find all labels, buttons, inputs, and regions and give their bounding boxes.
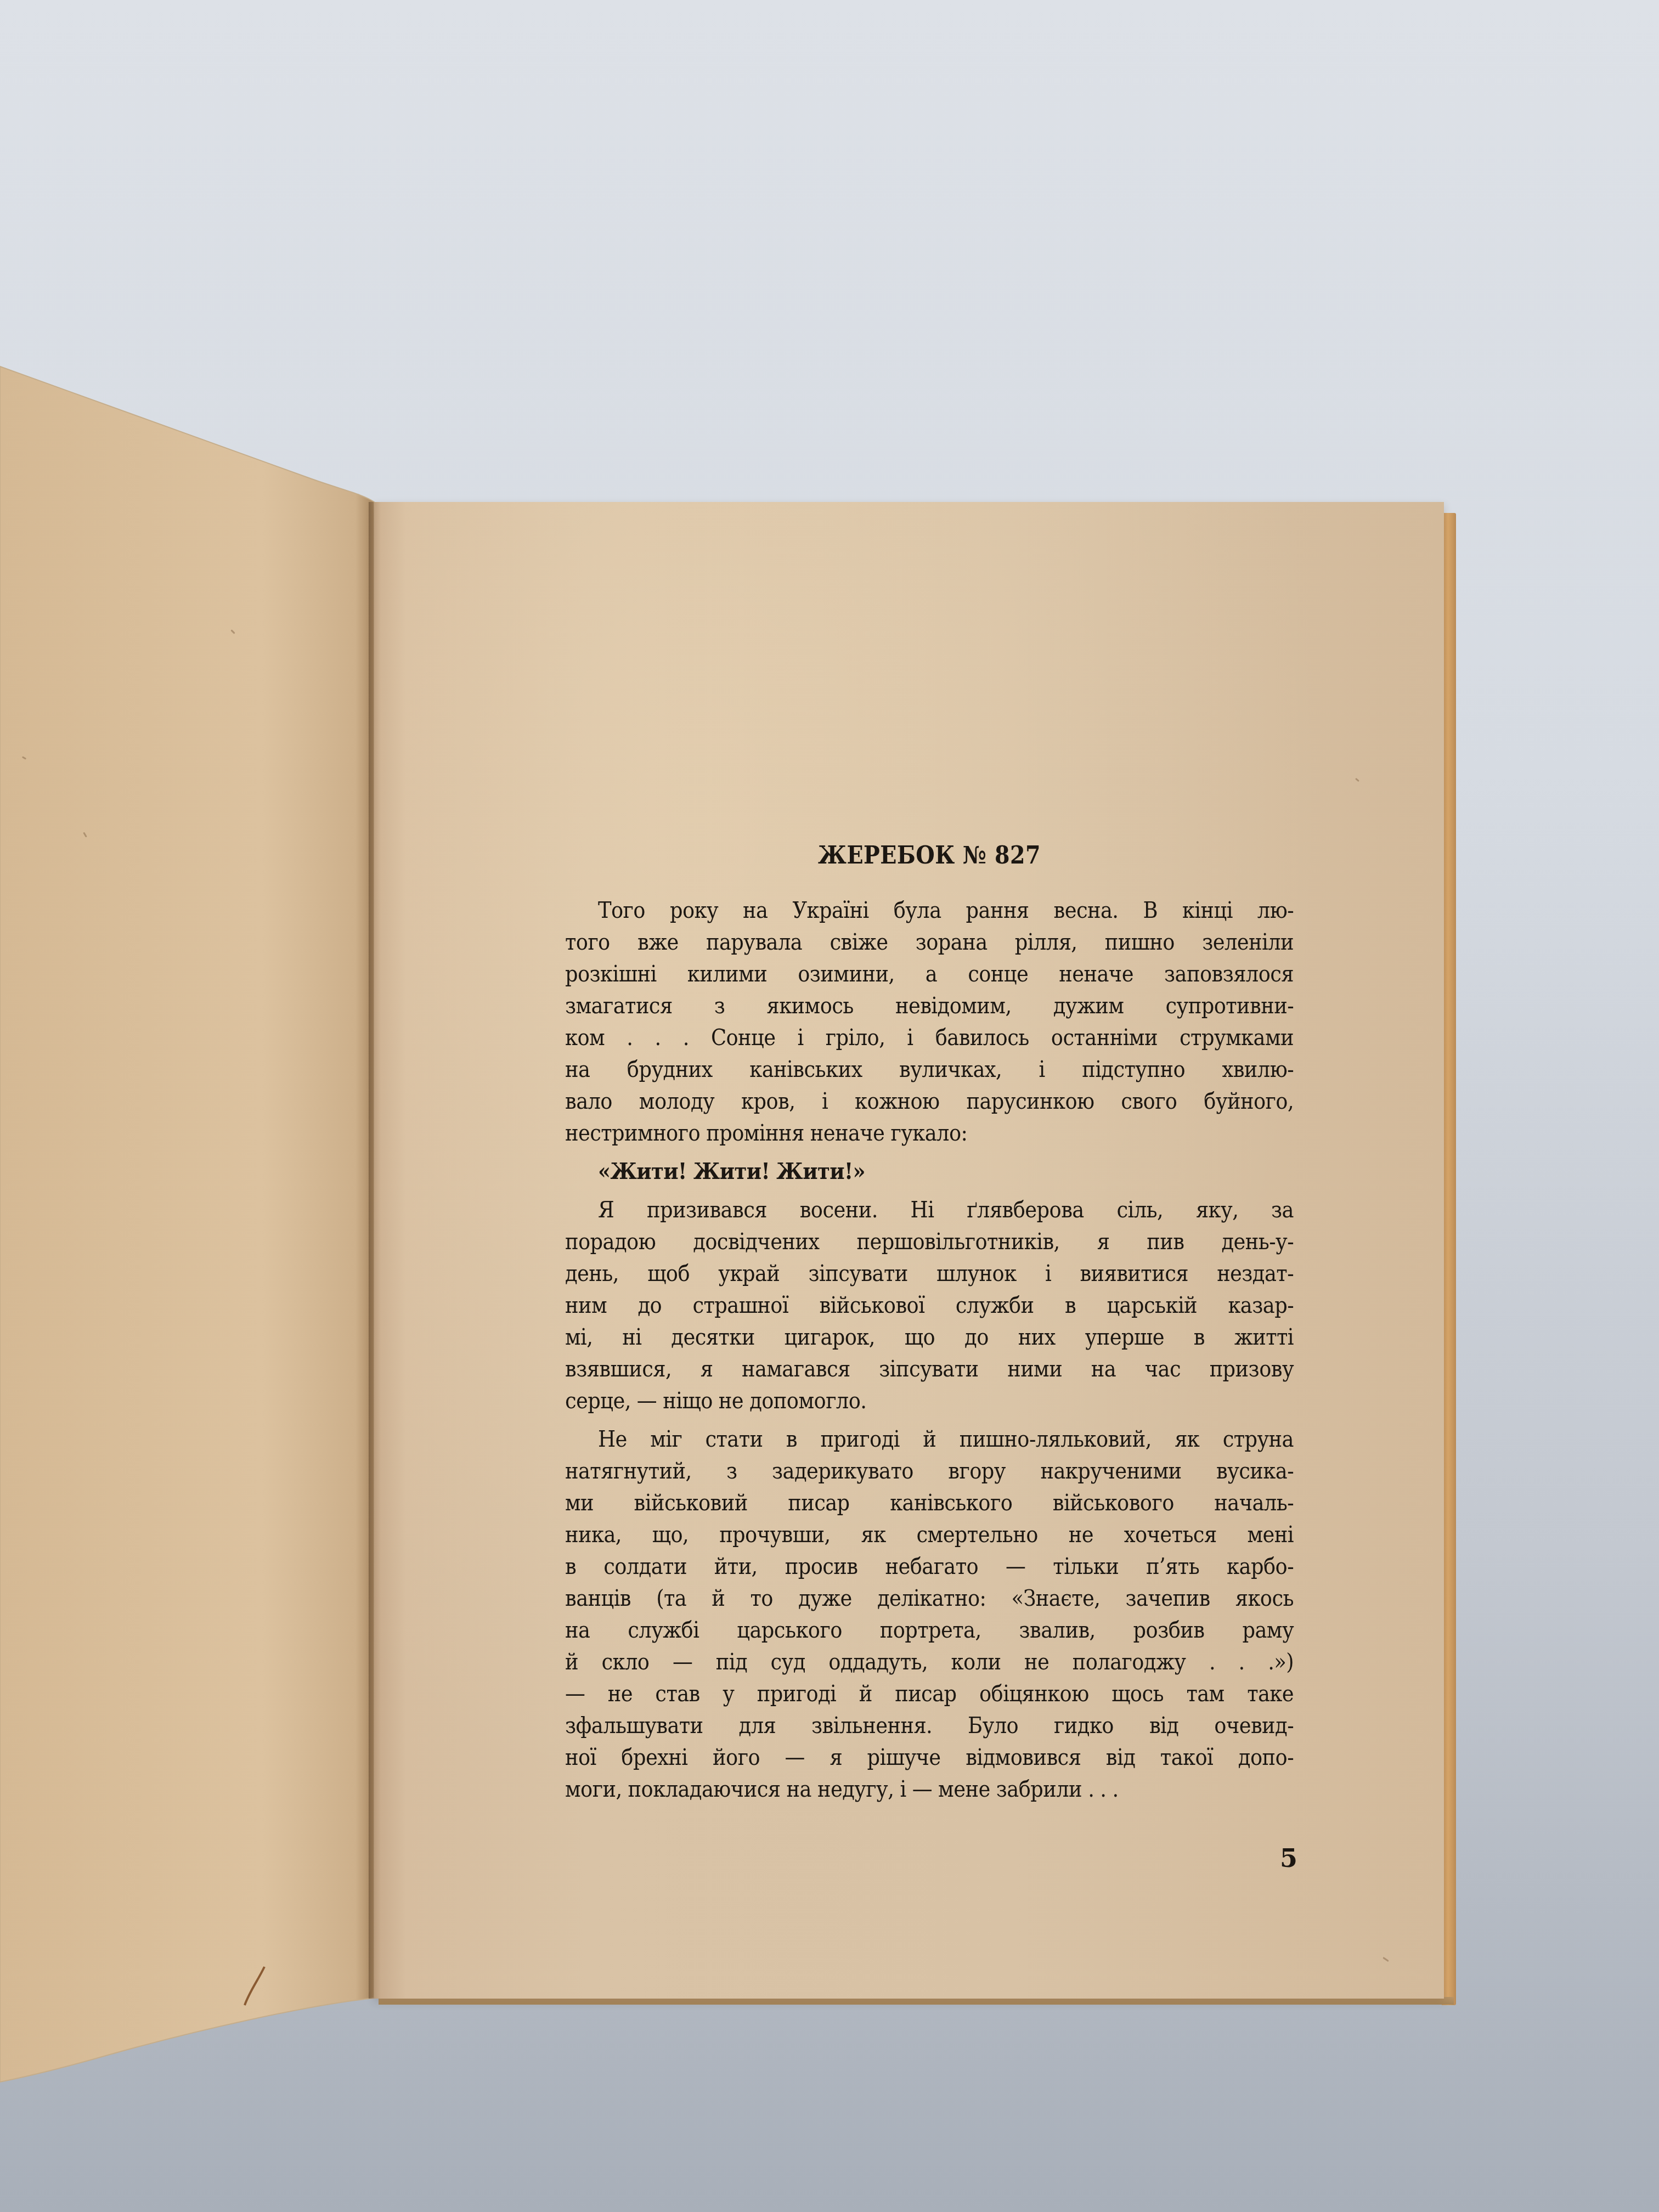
text-line: зфальшувати для звільнення. Було гидко в… xyxy=(565,1709,1294,1741)
paragraph-3: Я призивався восени. Ні ґлявберова сіль,… xyxy=(565,1194,1294,1417)
text-line: на службі царського портрета, звалив, ро… xyxy=(565,1614,1294,1646)
text-line: мі, ні десятки цигарок, що до них уперше… xyxy=(565,1321,1294,1353)
paragraph-4: Не міг стати в пригоді й пишно-ляльковий… xyxy=(565,1423,1294,1805)
text-line: в солдати йти, просив небагато — тільки … xyxy=(565,1550,1294,1582)
left-page-shape xyxy=(0,0,384,2212)
text-line: ним до страшної військової служби в царс… xyxy=(565,1289,1294,1321)
exclamation-line: «Жити! Жити! Жити!» xyxy=(565,1155,1294,1187)
left-page xyxy=(0,0,384,2212)
chapter-title: ЖЕРЕБОК № 827 xyxy=(565,839,1294,872)
text-line: порадою досвідчених першовільготників, я… xyxy=(565,1226,1294,1257)
text-line: ної брехні його — я рішуче відмовився ві… xyxy=(565,1741,1294,1773)
text-line: Того року на Україні була рання весна. В… xyxy=(565,894,1294,926)
text-line: на брудних канівських вуличках, і підсту… xyxy=(565,1053,1294,1085)
text-line: натягнутий, з задерикувато вгору накруче… xyxy=(565,1455,1294,1487)
page-number: 5 xyxy=(1280,1843,1297,1873)
text-line: розкішні килими озимини, а сонце неначе … xyxy=(565,958,1294,990)
text-line: того вже парувала свіже зорана рілля, пи… xyxy=(565,926,1294,958)
text-line: серце, — ніщо не допомогло. xyxy=(565,1385,1294,1417)
text-line: взявшися, я намагався зіпсувати ними на … xyxy=(565,1353,1294,1385)
photo-scene: ЖЕРЕБОК № 827 Того року на Україні була … xyxy=(0,0,1659,2212)
text-line: змагатися з якимось невідомим, дужим суп… xyxy=(565,990,1294,1022)
text-line: — не став у пригоді й писар обіцянкою що… xyxy=(565,1678,1294,1709)
page-text: ЖЕРЕБОК № 827 Того року на Україні була … xyxy=(565,839,1294,1812)
text-line: ком . . . Сонце і гріло, і бавилось оста… xyxy=(565,1022,1294,1053)
book-spine xyxy=(369,502,381,1999)
text-line: вало молоду кров, і кожною парусинкою св… xyxy=(565,1085,1294,1117)
text-line: ми військовий писар канівського військов… xyxy=(565,1487,1294,1519)
text-line: нестримного проміння неначе гукало: xyxy=(565,1117,1294,1149)
text-line: Не міг стати в пригоді й пишно-ляльковий… xyxy=(565,1423,1294,1455)
text-line: моги, покладаючися на недугу, і — мене з… xyxy=(565,1773,1294,1805)
text-line: ника, що, прочувши, як смертельно не хоч… xyxy=(565,1519,1294,1550)
text-line: день, щоб украй зіпсувати шлунок і вияви… xyxy=(565,1257,1294,1289)
paragraph-1: Того року на Україні була рання весна. В… xyxy=(565,894,1294,1149)
text-line: й скло — під суд оддадуть, коли не полаг… xyxy=(565,1646,1294,1678)
text-line: ванців (та й то дуже делікатно: «Знаєте,… xyxy=(565,1582,1294,1614)
text-line: Я призивався восени. Ні ґлявберова сіль,… xyxy=(565,1194,1294,1226)
